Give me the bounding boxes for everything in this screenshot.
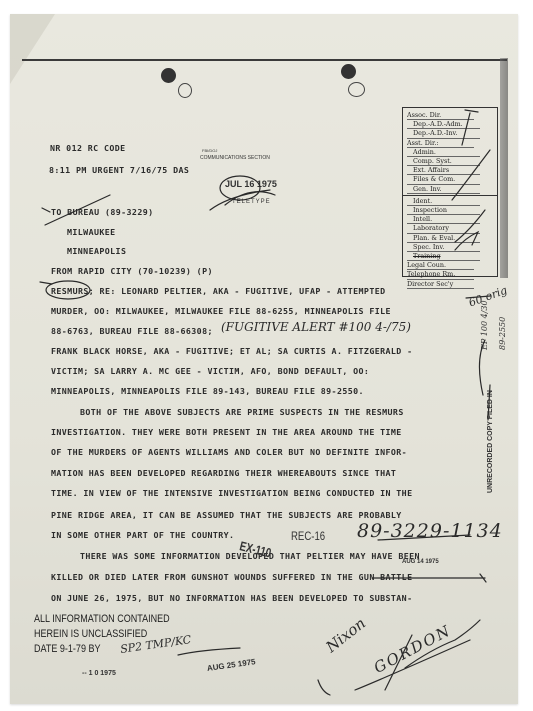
cc-milwaukee: MILWAUKEE (67, 227, 116, 237)
routing-item: Intell. (407, 215, 480, 224)
declass-line1: ALL INFORMATION CONTAINED (34, 613, 170, 625)
rec-stamp: REC-16 (291, 529, 325, 543)
punch-ring (348, 82, 365, 97)
header-code: NR 012 RC CODE (50, 143, 126, 153)
body-line: RESMURS; RE: LEONARD PELTIER, AKA - FUGI… (51, 286, 386, 296)
body-line: VICTIM; SA LARRY A. MC GEE - VICTIM, AFO… (51, 366, 369, 376)
date-stamp: JUL 16 1975 (225, 179, 277, 189)
routing-item: Admin. (407, 148, 480, 157)
body-line: IN SOME OTHER PART OF THE COUNTRY. (51, 530, 234, 540)
routing-slip: Assoc. Dir. Dep.-A.D.-Adm. Dep.-A.D.-Inv… (402, 107, 498, 277)
to-line: TO BUREAU (89-3229) (51, 207, 154, 217)
routing-divider (403, 195, 497, 196)
copy-edge-shadow (500, 58, 508, 278)
routing-item: Dep.-A.D.-Inv. (407, 129, 480, 138)
punch-hole (341, 64, 356, 79)
header-urgent: 8:11 PM URGENT 7/16/75 DAS (49, 165, 189, 175)
routing-item: Ident. (407, 197, 480, 206)
routing-item: Dep.-A.D.-Adm. (407, 120, 480, 129)
routing-item: Asst. Dir.: (407, 139, 474, 148)
page-fold (10, 14, 55, 84)
routing-item-struck: Training (407, 252, 480, 261)
body-line: MATION HAS BEEN DEVELOPED REGARDING THEI… (51, 468, 396, 478)
routing-item: Legal Coun. (407, 261, 474, 270)
routing-item: Spec. Inv. (407, 243, 480, 252)
routing-item: Files & Com. (407, 175, 480, 184)
body-line: PINE RIDGE AREA, IT CAN BE ASSUMED THAT … (51, 510, 402, 520)
body-line: FRANK BLACK HORSE, AKA - FUGITIVE; ET AL… (51, 346, 412, 356)
routing-item: Gen. Inv. (407, 185, 480, 194)
handwritten-file-number: 89-3229-1134 (357, 520, 503, 542)
body-line: ON JUNE 26, 1975, BUT NO INFORMATION HAS… (51, 593, 412, 603)
routing-item: Plan. & Eval. (407, 234, 480, 243)
routing-item: Director Sec'y (407, 280, 474, 289)
body-line: BOTH OF THE ABOVE SUBJECTS ARE PRIME SUS… (80, 407, 404, 417)
handwritten-fugitive-alert: (FUGITIVE ALERT #100 4-/75) (221, 320, 411, 334)
routing-item: Comp. Syst. (407, 157, 480, 166)
bottom-date-stamp: -- 1 0 1975 (82, 670, 116, 677)
punch-hole (161, 68, 176, 83)
margin-note-alert: EP 100 4/30 (480, 300, 489, 350)
from-line: FROM RAPID CITY (70-10239) (P) (51, 266, 213, 276)
body-line: OF THE MURDERS OF AGENTS WILLIAMS AND CO… (51, 447, 407, 457)
comm-stamp: COMMUNICATIONS SECTION (200, 155, 270, 161)
body-line: KILLED OR DIED LATER FROM GUNSHOT WOUNDS… (51, 572, 412, 582)
teletype-stamp: TELETYPE (232, 199, 271, 205)
body-line: INVESTIGATION. THEY WERE BOTH PRESENT IN… (51, 427, 402, 437)
body-line: TIME. IN VIEW OF THE INTENSIVE INVESTIGA… (51, 488, 412, 498)
declass-line3: DATE 9-1-79 BY (34, 643, 101, 655)
aug14-stamp: AUG 14 1975 (402, 559, 439, 565)
declass-line2: HEREIN IS UNCLASSIFIED (34, 628, 147, 640)
body-line: 88-6763, BUREAU FILE 88-66308; (51, 326, 213, 336)
unrecorded-copy-stamp: UNRECORDED COPY FILED IN (487, 390, 494, 493)
routing-item: Telephone Rm. (407, 270, 474, 279)
body-line: MURDER, OO: MILWAUKEE, MILWAUKEE FILE 88… (51, 306, 391, 316)
cc-minneapolis: MINNEAPOLIS (67, 246, 126, 256)
body-line: MINNEAPOLIS, MINNEAPOLIS FILE 89-143, BU… (51, 386, 364, 396)
punch-ring (178, 83, 192, 98)
routing-item: Assoc. Dir. (407, 111, 474, 120)
routing-item: Inspection (407, 206, 480, 215)
margin-note-file: 89-2550 (498, 317, 507, 350)
routing-item: Laboratory (407, 224, 480, 233)
comm-stamp-top: FBI/DOJ (202, 148, 217, 153)
top-rule (22, 59, 507, 61)
routing-item: Ext. Affairs (407, 166, 480, 175)
